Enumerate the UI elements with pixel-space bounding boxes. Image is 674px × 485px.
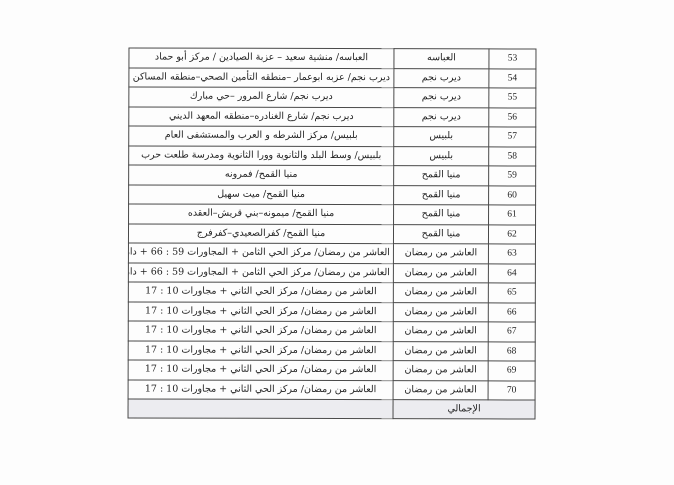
center-name: العاشر من رمضان [393,380,488,400]
center-name: منيا القمح [394,185,489,205]
row-number: 65 [488,283,535,303]
row-number: 70 [488,380,535,400]
total-row: الإجمالي [128,399,535,419]
area-description: العاشر من رمضان/ مركز الحي الثامن + المج… [128,262,393,282]
area-description: منيا القمح/ ميمونه–بني قريش–العقده [129,204,394,224]
total-label: الإجمالي [393,400,535,419]
row-number: 63 [488,244,535,264]
area-description: العاشر من رمضان/ مركز الحي الثاني + مجاو… [128,340,393,360]
table-row: 57بلبيسبلبيس/ مركز الشرطه و العرب والمست… [129,126,536,147]
table-row: 69العاشر من رمضانالعاشر من رمضان/ مركز ا… [128,360,535,381]
table-row: 62منيا القمحمنيا القمح/ كفرالصعيدي–كفرفر… [128,223,535,244]
center-name: ديرب نجم [394,107,489,127]
area-description: منيا القمح/ ميت سهيل [129,184,394,204]
row-number: 59 [489,166,536,186]
table-row: 54ديرب نجمديرب نجم/ عزبه ابوعمار –منطقه … [129,67,536,88]
row-number: 62 [488,224,535,244]
table-row: 56ديرب نجمديرب نجم/ شارع الغنادره–منطقه … [129,106,536,127]
table-row: 66العاشر من رمضانالعاشر من رمضان/ مركز ا… [128,301,535,322]
center-name: بلبيس [394,146,489,166]
locations-table: 53العباسهالعباسه/ منشية سعيد – عزبة الصي… [128,47,537,419]
area-description: العاشر من رمضان/ مركز الحي الثاني + مجاو… [128,301,393,321]
area-description: العاشر من رمضان/ مركز الحي الثاني + مجاو… [128,379,393,399]
row-number: 68 [488,341,535,361]
area-description: ديرب نجم/ شارع المرور –حي مبارك [129,87,394,107]
center-name: منيا القمح [394,205,489,225]
row-number: 53 [489,49,536,69]
center-name: العاشر من رمضان [393,302,488,322]
center-name: العاشر من رمضان [393,244,488,264]
area-description: العاشر من رمضان/ مركز الحي الثاني + مجاو… [128,321,393,341]
table-row: 63العاشر من رمضانالعاشر من رمضان/ مركز ا… [128,243,535,264]
table-row: 58بلبيسبلبيس/ وسط البلد والثانوية وورا ا… [129,145,536,166]
table-row: 55ديرب نجمديرب نجم/ شارع المرور –حي مبار… [129,87,536,108]
table-row: 65العاشر من رمضانالعاشر من رمضان/ مركز ا… [128,282,535,303]
table-row: 61منيا القمحمنيا القمح/ ميمونه–بني قريش–… [129,204,536,225]
center-name: ديرب نجم [394,68,489,88]
area-description: بلبيس/ مركز الشرطه و العرب والمستشفى الع… [129,126,394,146]
area-description: ديرب نجم/ شارع الغنادره–منطقه المعهد الد… [129,106,394,126]
area-description: العاشر من رمضان/ مركز الحي الثاني + مجاو… [128,360,393,380]
row-number: 67 [488,322,535,342]
center-name: منيا القمح [393,224,488,244]
table-row: 67العاشر من رمضانالعاشر من رمضان/ مركز ا… [128,321,535,342]
table-row: 53العباسهالعباسه/ منشية سعيد – عزبة الصي… [129,48,536,69]
scanned-document-page: 53العباسهالعباسه/ منشية سعيد – عزبة الصي… [0,0,674,485]
row-number: 64 [488,263,535,283]
row-number: 66 [488,302,535,322]
row-number: 58 [489,146,536,166]
table-row: 64العاشر من رمضانالعاشر من رمضان/ مركز ا… [128,262,535,283]
area-description: بلبيس/ وسط البلد والثانوية وورا الثانوية… [129,145,394,165]
row-number: 56 [489,107,536,127]
center-name: العاشر من رمضان [393,263,488,283]
table-row: 70العاشر من رمضانالعاشر من رمضان/ مركز ا… [128,379,535,400]
area-description: منيا القمح/ فمرونه [129,165,394,185]
center-name: العاشر من رمضان [393,361,488,381]
center-name: ديرب نجم [394,88,489,108]
row-number: 60 [489,185,536,205]
row-number: 57 [489,127,536,147]
row-number: 55 [489,88,536,108]
row-number: 61 [489,205,536,225]
center-name: العاشر من رمضان [393,283,488,303]
area-description: العاشر من رمضان/ مركز الحي الثاني + مجاو… [128,282,393,302]
center-name: العاشر من رمضان [393,341,488,361]
center-name: بلبيس [394,127,489,147]
row-number: 54 [489,68,536,88]
table-row: 60منيا القمحمنيا القمح/ ميت سهيل [129,184,536,205]
area-description: منيا القمح/ كفرالصعيدي–كفرفرج [128,223,393,243]
total-value [128,399,393,419]
center-name: العباسه [394,49,489,69]
table-row: 59منيا القمحمنيا القمح/ فمرونه [129,165,536,186]
row-number: 69 [488,361,535,381]
table-row: 68العاشر من رمضانالعاشر من رمضان/ مركز ا… [128,340,535,361]
center-name: العاشر من رمضان [393,322,488,342]
center-name: منيا القمح [394,166,489,186]
area-description: العاشر من رمضان/ مركز الحي الثامن + المج… [128,243,393,263]
area-description: العباسه/ منشية سعيد – عزبة الصيادين / مر… [129,48,394,68]
area-description: ديرب نجم/ عزبه ابوعمار –منطقه التأمين ال… [129,67,394,87]
